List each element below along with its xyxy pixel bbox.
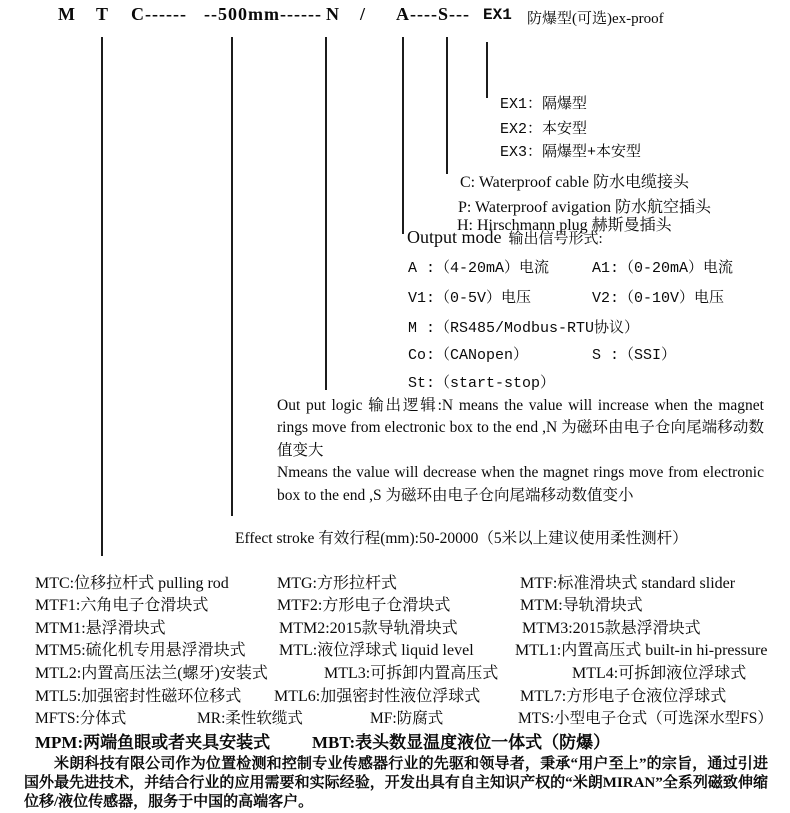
output-option-st: St:（start-stop） bbox=[408, 371, 555, 392]
leader-line-logic bbox=[325, 37, 327, 390]
series-cell: MFTS:分体式 bbox=[35, 706, 126, 728]
model-code-series: C------ bbox=[131, 4, 187, 25]
series-cell: MTM3:2015款悬浮滑块式 bbox=[522, 615, 701, 638]
output-option-v2: V2:（0-10V）电压 bbox=[592, 286, 724, 307]
ex-option-1: EX1：隔爆型 bbox=[500, 92, 587, 113]
series-cell: MTF:标准滑块式 standard slider bbox=[520, 570, 735, 593]
model-code-ex-note: 防爆型(可选)ex-proof bbox=[527, 7, 664, 28]
model-code-ex: EX1 bbox=[483, 6, 512, 24]
output-logic-note: Out put logic 输出逻辑:N means the value wil… bbox=[277, 395, 764, 507]
series-cell: MTS:小型电子仓式（可选深水型FS） bbox=[518, 706, 773, 728]
series-cell: MTM:导轨滑块式 bbox=[520, 592, 643, 615]
series-cell: MTL5:加强密封性磁环位移式 bbox=[35, 683, 241, 706]
series-cell: MTL6:加强密封性液位浮球式 bbox=[274, 683, 480, 706]
series-cell: MTL:液位浮球式 liquid level bbox=[279, 637, 474, 660]
connector-option-c: C: Waterproof cable 防水电缆接头 bbox=[460, 169, 689, 192]
model-code-brand: M bbox=[58, 4, 76, 25]
model-code-stroke: --500mm------ bbox=[204, 4, 322, 25]
sensor-ordering-guide-page: M T C------ --500mm------ N / A----S--- … bbox=[0, 0, 790, 813]
company-intro: 米朗科技有限公司作为位置检测和控制专业传感器行业的先驱和领导者，秉承“用户至上”… bbox=[24, 755, 768, 812]
model-code-type: T bbox=[96, 4, 109, 25]
series-cell: MPM:两端鱼眼或者夹具安装式 bbox=[35, 728, 270, 753]
output-logic-note-s: Nmeans the value will decrease when the … bbox=[277, 462, 764, 507]
model-code-logic: N bbox=[326, 4, 340, 25]
output-logic-note-n: Out put logic 输出逻辑:N means the value wil… bbox=[277, 395, 764, 462]
leader-line-stroke bbox=[231, 37, 233, 516]
series-cell: MTC:位移拉杆式 pulling rod bbox=[35, 570, 229, 593]
effect-stroke-note: Effect stroke 有效行程(mm):50-20000（5米以上建议使用… bbox=[235, 526, 688, 548]
series-cell: MTF1:六角电子仓滑块式 bbox=[35, 592, 208, 615]
output-option-a: A :（4-20mA）电流 bbox=[408, 256, 549, 277]
series-cell: MTG:方形拉杆式 bbox=[277, 570, 397, 593]
output-mode-title-en: Output mode bbox=[407, 227, 502, 247]
output-option-m: M :（RS485/Modbus-RTU协议） bbox=[408, 316, 639, 337]
series-cell: MTF2:方形电子仓滑块式 bbox=[277, 592, 450, 615]
leader-line-connector bbox=[446, 37, 448, 174]
output-mode-title: Output mode输出信号形式: bbox=[407, 227, 603, 248]
model-code-slash: / bbox=[360, 4, 366, 25]
output-mode-title-zh: 输出信号形式: bbox=[509, 231, 603, 247]
series-cell: MTL7:方形电子仓液位浮球式 bbox=[520, 683, 726, 706]
ex-option-3: EX3：隔爆型+本安型 bbox=[500, 140, 641, 161]
series-cell: MTL4:可拆卸液位浮球式 bbox=[572, 660, 746, 683]
leader-line-output bbox=[402, 37, 404, 234]
series-cell: MTM2:2015款导轨滑块式 bbox=[279, 615, 458, 638]
leader-line-series bbox=[101, 37, 103, 556]
output-option-a1: A1:（0-20mA）电流 bbox=[592, 256, 733, 277]
leader-line-ex bbox=[486, 42, 488, 98]
series-cell: MTM1:悬浮滑块式 bbox=[35, 615, 166, 638]
series-cell: MTL2:内置高压法兰(螺牙)安装式 bbox=[35, 660, 268, 683]
series-cell: MTL3:可拆卸内置高压式 bbox=[324, 660, 498, 683]
output-option-co: Co:（CANopen） bbox=[408, 343, 528, 364]
series-cell: MBT:表头数显温度液位一体式（防爆） bbox=[312, 728, 610, 753]
series-cell: MTL1:内置高压式 built-in hi-pressure bbox=[515, 637, 767, 660]
series-cell: MF:防腐式 bbox=[370, 706, 443, 728]
output-option-s: S :（SSI） bbox=[592, 343, 676, 364]
output-option-v1: V1:（0-5V）电压 bbox=[408, 286, 531, 307]
ex-option-2: EX2：本安型 bbox=[500, 117, 587, 138]
model-code-output: A----S--- bbox=[396, 4, 470, 25]
series-cell: MR:柔性软缆式 bbox=[197, 706, 303, 728]
series-cell: MTM5:硫化机专用悬浮滑块式 bbox=[35, 637, 246, 660]
